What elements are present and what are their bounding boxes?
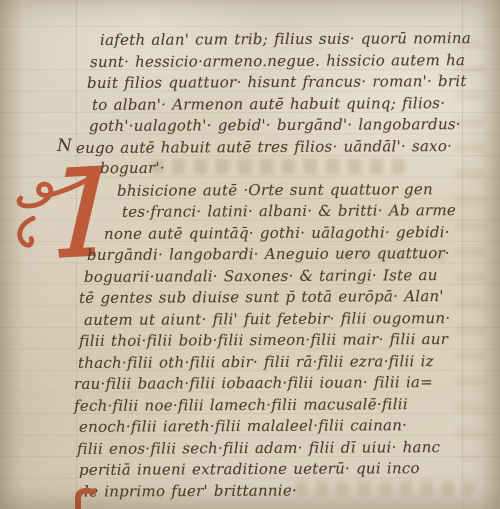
text-line: sunt· hessicio·armeno.negue. hissicio au…: [90, 51, 465, 71]
text-line: buit filios quattuor· hisunt francus· ro…: [87, 72, 467, 92]
text-line: to alban'· Armenon autē habuit quinq; fi…: [92, 94, 445, 114]
text-line: none autē quintāq̄· gothi· uālagothi· ge…: [104, 223, 450, 243]
rubric-initial-fragment-icon: [70, 488, 100, 509]
text-line: autem ut aiunt· fili' fuit fetebir· fili…: [84, 309, 450, 329]
show-through-text: [150, 159, 410, 174]
margin-letter-N: N: [57, 136, 72, 156]
text-line: tes·franci· latini· albani· & britti· Ab…: [122, 201, 456, 221]
text-line: thach·filii oth·filii abir· filii rā·fil…: [78, 352, 434, 372]
text-line: le inprimo fuer' brittannie·: [84, 481, 297, 500]
text-line: tē gentes sub diuise sunt p̄ totā eurōpā…: [79, 287, 444, 307]
text-line: bhisicione autē ·Orte sunt quattuor gen: [117, 180, 433, 200]
text-line: boguar'·: [100, 159, 165, 177]
text-line: iafeth alan' cum trib; filius suis· quor…: [100, 29, 471, 49]
text-line: burgāndi· langobardi· Aneguio uero quatt…: [87, 244, 450, 264]
text-line: rau·filii baach·filii iobaach·filii ioua…: [74, 373, 433, 393]
show-through-text: [455, 40, 485, 460]
text-line: goth'·ualagoth'· gebid'· burgānd'· lango…: [89, 115, 461, 135]
text-line: enoch·filii iareth·filii malaleel·filii …: [79, 416, 407, 436]
text-line: fech·filii noe·filii lamech·filii macusa…: [74, 395, 408, 415]
text-line: boguarii·uandali· Saxones· & taringi· Is…: [84, 266, 438, 286]
show-through-text: [295, 481, 475, 495]
text-line: peritiā inueni extraditione ueterū· qui …: [79, 459, 420, 479]
manuscript-page: N iafeth alan' cum trib; filius suis· qu…: [0, 0, 500, 509]
text-line: eugo autē habuit autē tres filios· uāndā…: [76, 137, 452, 157]
text-line: filii enos·filii sech·filii adam· filii …: [77, 438, 440, 458]
text-line: filii thoi·filii boib·filii simeon·filii…: [79, 330, 448, 350]
